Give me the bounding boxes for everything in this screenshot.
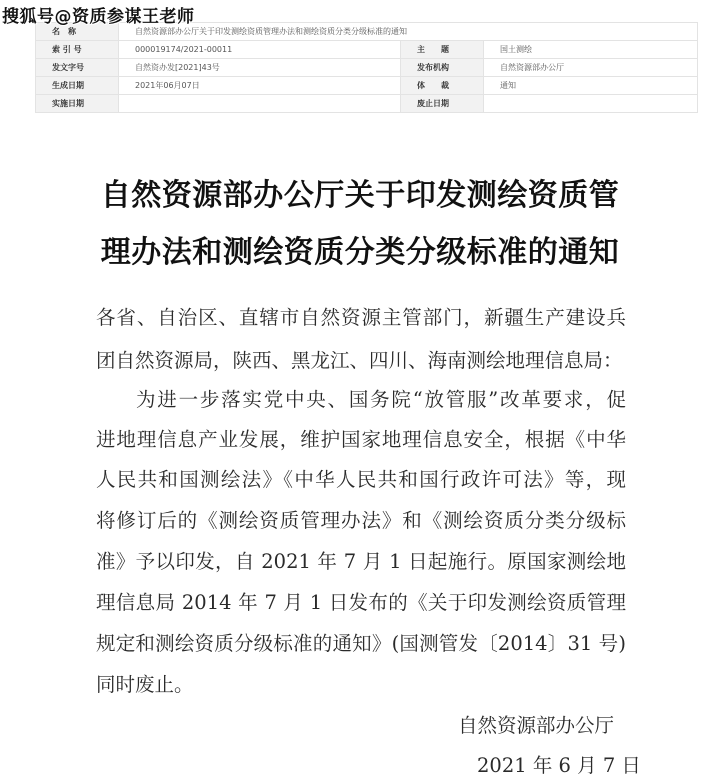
body-line: 为进一步落实党中央、国务院“放管服”改革要求，促	[136, 384, 626, 412]
meta-row: 发文字号 自然资办发[2021]43号 发布机构 自然资源部办公厅	[36, 59, 698, 77]
body-line: 将修订后的《测绘资质管理办法》和《测绘资质分类分级标	[96, 505, 626, 533]
body-line: 人民共和国测绘法》《中华人民共和国行政许可法》等，现	[96, 464, 626, 492]
document-title-line-2: 理办法和测绘资质分类分级标准的通知	[0, 227, 720, 271]
meta-label-issuer: 发布机构	[401, 59, 484, 77]
meta-label-genre: 体 裁	[401, 77, 484, 95]
body-line: 进地理信息产业发展，维护国家地理信息安全，根据《中华	[96, 424, 626, 452]
meta-value-name: 自然资源部办公厅关于印发测绘资质管理办法和测绘资质分类分级标准的通知	[119, 23, 698, 41]
meta-row: 索 引 号 000019174/2021-00011 主 题 国土测绘	[36, 41, 698, 59]
meta-label-created-date: 生成日期	[36, 77, 119, 95]
meta-label-index: 索 引 号	[36, 41, 119, 59]
meta-label-doc-number: 发文字号	[36, 59, 119, 77]
body-line: 团自然资源局，陕西、黑龙江、四川、海南测绘地理信息局：	[96, 345, 626, 373]
signature-date: 2021 年 6 月 7 日	[477, 750, 641, 778]
body-line: 理信息局 2014 年 7 月 1 日发布的《关于印发测绘资质管理	[96, 587, 626, 615]
body-line: 准》予以印发，自 2021 年 7 月 1 日起施行。原国家测绘地	[96, 546, 626, 574]
body-line: 规定和测绘资质分级标准的通知》(国测管发〔2014〕31 号)	[96, 628, 626, 656]
body-line: 各省、自治区、直辖市自然资源主管部门，新疆生产建设兵	[96, 302, 626, 330]
meta-value-index: 000019174/2021-00011	[119, 41, 401, 59]
meta-label-effective-date: 实施日期	[36, 95, 119, 113]
meta-value-effective-date	[119, 95, 401, 113]
meta-value-repeal-date	[484, 95, 698, 113]
body-line: 同时废止。	[96, 669, 626, 697]
document-metadata-table: 名 称 自然资源部办公厅关于印发测绘资质管理办法和测绘资质分类分级标准的通知 索…	[35, 22, 698, 113]
meta-label-repeal-date: 废止日期	[401, 95, 484, 113]
meta-value-doc-number: 自然资办发[2021]43号	[119, 59, 401, 77]
meta-value-topic: 国土测绘	[484, 41, 698, 59]
meta-value-created-date: 2021年06月07日	[119, 77, 401, 95]
document-title-line-1: 自然资源部办公厅关于印发测绘资质管	[0, 170, 720, 214]
watermark-text: 搜狐号@资质参谋王老师	[2, 2, 195, 27]
meta-value-genre: 通知	[484, 77, 698, 95]
meta-row: 实施日期 废止日期	[36, 95, 698, 113]
meta-label-topic: 主 题	[401, 41, 484, 59]
signature-issuer: 自然资源部办公厅	[458, 710, 614, 738]
meta-value-issuer: 自然资源部办公厅	[484, 59, 698, 77]
meta-row: 生成日期 2021年06月07日 体 裁 通知	[36, 77, 698, 95]
